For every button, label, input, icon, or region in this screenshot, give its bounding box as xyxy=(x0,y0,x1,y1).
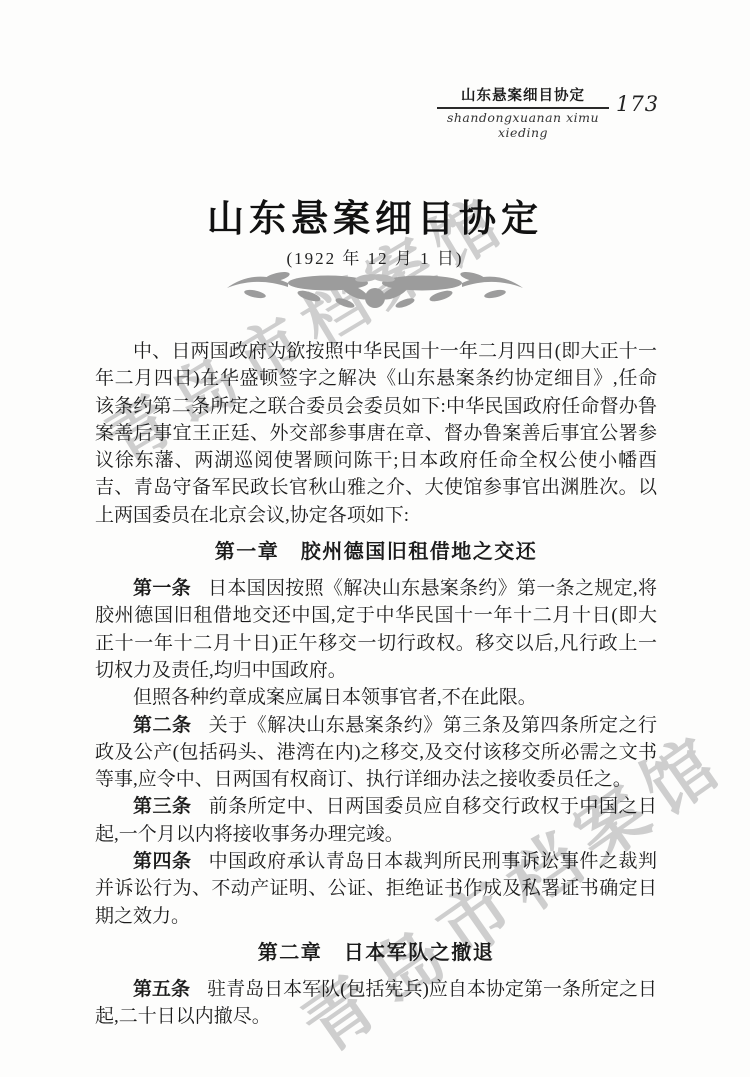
chapter-2-heading: 第二章 日本军队之撤退 xyxy=(95,939,657,965)
running-header-title: 山东悬案细目协定 xyxy=(437,84,609,109)
floral-ornament-icon xyxy=(225,268,525,314)
article-2-paragraph: 第二条关于《解决山东悬案条约》第三条及第四条所定之行政及公产(包括码头、港湾在内… xyxy=(95,712,657,794)
article-5-paragraph: 第五条驻青岛日本军队(包括宪兵)应自本协定第一条所定之日起,二十日以内撤尽。 xyxy=(95,976,657,1031)
article-2-label: 第二条 xyxy=(133,714,192,736)
running-header-block: 山东悬案细目协定 shandongxuanan ximu xieding xyxy=(437,84,609,140)
page-number: 173 xyxy=(616,92,659,116)
article-1-label: 第一条 xyxy=(133,577,191,599)
document-date: (1922 年 12 月 1 日) xyxy=(0,244,750,269)
document-body: 中、日两国政府为欲按照中华民国十一年二月四日(即大正十一年二月四日)在华盛顿签字… xyxy=(95,338,657,1031)
document-page: 山东悬案细目协定 shandongxuanan ximu xieding 173… xyxy=(0,0,750,1077)
article-5-label: 第五条 xyxy=(133,978,190,1000)
article-4-paragraph: 第四条中国政府承认青岛日本裁判所民刑事诉讼事件之裁判并诉讼行为、不动产证明、公证… xyxy=(95,848,657,930)
floral-ornament-divider xyxy=(225,268,525,314)
article-3-paragraph: 第三条前条所定中、日两国委员应自移交行政权于中国之日起,一个月以内将接收事务办理… xyxy=(95,793,657,848)
article-3-label: 第三条 xyxy=(133,795,192,817)
document-title: 山东悬案细目协定 xyxy=(0,188,750,242)
article-1-proviso: 但照各种约章成案应属日本领事官者,不在此限。 xyxy=(95,684,657,711)
running-header-pinyin: shandongxuanan ximu xieding xyxy=(437,110,609,140)
preamble-paragraph: 中、日两国政府为欲按照中华民国十一年二月四日(即大正十一年二月四日)在华盛顿签字… xyxy=(95,338,657,529)
article-4-label: 第四条 xyxy=(133,850,192,872)
chapter-1-heading: 第一章 胶州德国旧租借地之交还 xyxy=(95,538,657,564)
article-1-paragraph: 第一条日本国因按照《解决山东悬案条约》第一条之规定,将胶州德国旧租借地交还中国,… xyxy=(95,575,657,684)
